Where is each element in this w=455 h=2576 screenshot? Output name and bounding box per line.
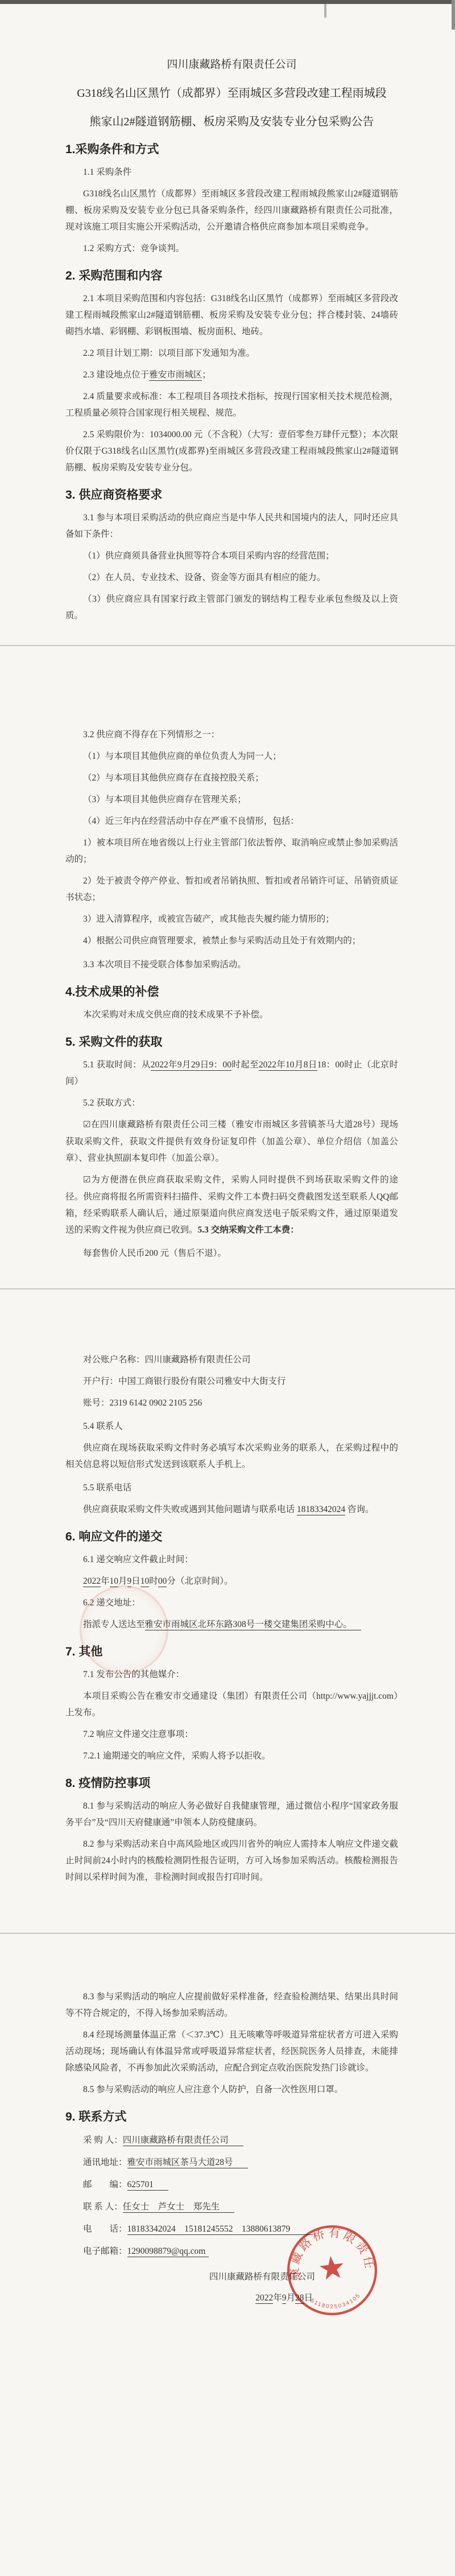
contact-person-value: 任女士 芦女士 郑先生 — [123, 2202, 235, 2213]
clause-7-1-body: 本项目采购公告在雅安市交通建设（集团）有限责任公司（http://www.yaj… — [65, 1688, 398, 1721]
delivery-address: 雅安市雨城区北环东路308号一楼交建集团采购中心。 — [145, 1620, 361, 1630]
stamp-star-icon — [318, 2254, 345, 2280]
stamp-bleed-through — [80, 1585, 168, 1674]
clause-1-1-body: G318线名山区黑竹（成都界）至雨城区多营段改建工程雨城段熊家山2#隧道钢筋棚、… — [65, 186, 398, 235]
clause-5-1-start-time: 2022年9月29日9：00 — [151, 1060, 231, 1071]
checkbox-checked-icon: ☑ — [83, 1120, 90, 1129]
stamp-company-text: 四川康藏路桥有限责任公司 — [269, 2206, 376, 2282]
stamp-graphic: 四川康藏路桥有限责任公司 5118025034105 — [278, 2216, 387, 2325]
checkbox-checked-icon: ☑ — [83, 1176, 90, 1185]
contact-zip-value: 625701 — [127, 2180, 169, 2191]
contact-address-row: 通讯地址：雅安市雨城区茶马大道28号 — [65, 2154, 398, 2171]
clause-7-2-1: 7.2.1 逾期递交的响应文件，采购人将予以拒收。 — [65, 1748, 398, 1764]
doc-company-title: 四川康藏路桥有限责任公司 — [65, 56, 398, 73]
clause-5-5-text: 供应商获取采购文件失败或遇到其他问题请与联系电话 — [83, 1505, 297, 1514]
section-4-heading: 4.技术成果的补偿 — [65, 983, 398, 1001]
clause-2-3-location: 雅安市雨城区 — [149, 370, 202, 381]
page-2: 3.2 供应商不得存在下列情形之一： （1）与本项目其他供应商的单位负责人为同一… — [0, 645, 455, 1288]
clause-5-2-option-a-text: 在四川康藏路桥有限责任公司三楼（雅安市雨城区多营镇茶马大道28号）现场获取采购文… — [65, 1120, 398, 1163]
clause-8-3: 8.3 参与采购活动的响应人应提前做好采样准备，经查验检测结果、结果出具时间等不… — [65, 1989, 398, 2022]
clause-1-2: 1.2 采购方式：竞争谈判。 — [65, 240, 398, 257]
section-2-heading: 2. 采购范围和内容 — [65, 266, 398, 285]
page-4: 8.3 参与采购活动的响应人应提前做好采样准备，经查验检测结果、结果出具时间等不… — [0, 1933, 455, 2576]
clause-5-2-option-b: ☑为方便潜在供应商获取采购文件，采购人同时提供不到场获取采购文件的途径。供应商将… — [65, 1172, 398, 1238]
clause-4-body: 本次采购对未成交供应商的技术成果不予补偿。 — [65, 1006, 398, 1023]
stamp-code-text: 5118025034105 — [309, 2291, 363, 2313]
clause-5-1-label: 5.1 获取时间：从 — [83, 1060, 151, 1070]
scan-top-edge — [0, 0, 455, 4]
clause-8-5: 8.5 参与采购活动的响应人应注意个人防护，自备一次性医用口罩。 — [65, 2081, 398, 2098]
clause-3-2: 3.2 供应商不得存在下列情形之一： — [65, 726, 398, 743]
section-6-heading: 6. 响应文件的递交 — [65, 1527, 398, 1546]
clause-8-1: 8.1 参与采购活动的响应人务必做好自我健康管理，通过微信小程序“国家政务服务平… — [65, 1798, 398, 1831]
contact-purchaser-value: 四川康藏路桥有限责任公司 — [123, 2135, 243, 2146]
signature-date-year-label: 年 — [273, 2293, 282, 2303]
section-3-heading: 3. 供应商资格要求 — [65, 486, 398, 504]
clause-2-5: 2.5 采购限价为：1034000.00 元（不含税）（大写：壹佰零叁万肆仟元整… — [65, 426, 398, 476]
clause-3-2-item-4-sub-3: 3）进入清算程序，或被宣告破产，或其他丧失履约能力情形的； — [65, 911, 398, 927]
section-5-heading: 5. 采购文件的获取 — [65, 1033, 398, 1051]
clause-3-1-item-2: （2）在人员、专业技术、设备、资金等方面具有相应的能力。 — [65, 569, 398, 586]
contact-phone-label: 电 话： — [83, 2224, 127, 2234]
clause-3-2-item-4-sub-2: 2）处于被责令停产停业、暂扣或者吊销执照、暂扣或者吊销许可证、吊销资质证书状态； — [65, 873, 398, 906]
stamp-company-arc: 四川康藏路桥有限责任公司 — [269, 2206, 376, 2282]
clause-6-1: 6.1 递交响应文件截止时间： — [65, 1551, 398, 1568]
doc-project-title: G318线名山区黑竹（成都界）至雨城区多营段改建工程雨城段 — [65, 85, 398, 102]
clause-3-2-item-3: （3）与本项目其他供应商存在管理关系； — [65, 791, 398, 808]
contact-purchaser-row: 采 购 人：四川康藏路桥有限责任公司 — [65, 2132, 398, 2148]
deadline-hour-label: 时 — [149, 1576, 158, 1586]
clause-2-3-end: ； — [202, 370, 211, 380]
clause-5-1-end-date: 2022年10月8日 — [259, 1060, 317, 1071]
page-3: 对公账户名称：四川康藏路桥有限责任公司 开户行：中国工商银行股份有限公司雅安中大… — [0, 1288, 455, 1933]
clause-3-2-item-4-sub-1: 1）被本项目所在地省级以上行业主管部门依法暂停、取消响应或禁止参加采购活动的； — [65, 835, 398, 868]
contact-address-label: 通讯地址： — [83, 2158, 127, 2167]
deadline-minute: 00 — [158, 1576, 167, 1587]
contact-person-row: 联 系 人：任女士 芦女士 郑先生 — [65, 2199, 398, 2215]
clause-3-1: 3.1 参与本项目采购活动的供应商应当是中华人民共和国境内的法人，同时还应具备如… — [65, 510, 398, 543]
clause-5-5-label: 5.5 联系电话 — [65, 1480, 398, 1496]
deadline-hour: 10 — [140, 1576, 150, 1587]
clause-2-3: 2.3 建设地点位于雅安市雨城区； — [65, 367, 398, 383]
section-1-heading: 1.采购条件和方式 — [65, 140, 398, 159]
official-red-stamp: 四川康藏路桥有限责任公司 5118025034105 — [278, 2216, 387, 2325]
deadline-day-label: 日 — [131, 1576, 140, 1586]
scanned-document: 四川康藏路桥有限责任公司 G318线名山区黑竹（成都界）至雨城区多营段改建工程雨… — [0, 0, 455, 2576]
clause-2-2: 2.2 项目计划工期：以项目部下发通知为准。 — [65, 345, 398, 361]
clause-5-5-body: 供应商获取采购文件失败或遇到其他问题请与联系电话 18183342024 咨询。 — [65, 1501, 398, 1518]
account-number-line: 账号：2319 6142 0902 2105 256 — [65, 1395, 398, 1411]
clause-3-2-item-4: （4）近三年内在经营活动中存在严重不良情形，包括： — [65, 813, 398, 829]
deadline-month-label: 月 — [118, 1576, 127, 1586]
clause-3-2-item-2: （2）与本项目其他供应商存在直接控股关系； — [65, 770, 398, 786]
clause-5-3-label: 5.3 交纳采购文件工本费： — [198, 1225, 299, 1235]
contact-email-value: 1290098879@qq.com — [127, 2246, 209, 2257]
contact-purchaser-label: 采 购 人： — [83, 2135, 123, 2145]
contact-address-value: 雅安市雨城区茶马大道28号 — [127, 2158, 248, 2168]
clause-2-1: 2.1 本项目采购范围和内容包括：G318线名山区黑竹（成都界）至雨城区多营段改… — [65, 290, 398, 340]
clause-1-1-label: 1.1 采购条件 — [65, 164, 398, 180]
clause-8-2: 8.2 参与采购活动来自中高风险地区或四川省外的响应人需持本人响应文件递交截止时… — [65, 1836, 398, 1885]
doc-announcement-title: 熊家山2#隧道钢筋棚、板房采购及安装专业分包采购公告 — [65, 113, 398, 130]
clause-5-2-option-a: ☑在四川康藏路桥有限责任公司三楼（雅安市雨城区多营镇茶马大道28号）现场获取采购… — [65, 1116, 398, 1166]
clause-2-4: 2.4 质量要求或标准：本工程项目各项技术指标，按现行国家相关技术规范检测，工程… — [65, 388, 398, 421]
signature-date-year: 2022 — [255, 2293, 273, 2304]
stamp-code-arc: 5118025034105 — [309, 2291, 363, 2313]
contact-zip-label: 邮 编： — [83, 2180, 127, 2189]
clause-3-2-item-1: （1）与本项目其他供应商的单位负责人为同一人； — [65, 748, 398, 765]
section-9-heading: 9. 联系方式 — [65, 2107, 398, 2126]
clause-5-4-label: 5.4 联系人 — [65, 1418, 398, 1435]
clause-2-3-text: 2.3 建设地点位于 — [83, 370, 149, 380]
clause-5-3-price: 每套售价人民币200 元（售后不退）。 — [65, 1245, 398, 1262]
clause-3-2-item-4-sub-4: 4）根据公司供应商管理要求，被禁止参与采购活动且处于有效期内的； — [65, 932, 398, 949]
account-name-line: 对公账户名称：四川康藏路桥有限责任公司 — [65, 1351, 398, 1368]
clause-5-2: 5.2 获取方式： — [65, 1095, 398, 1111]
deadline-year-label: 年 — [101, 1576, 110, 1586]
page-1: 四川康藏路桥有限责任公司 G318线名山区黑竹（成都界）至雨城区多营段改建工程雨… — [0, 4, 455, 645]
clause-3-1-item-3: （3）供应商应具有国家行政主管部门颁发的钢结构工程专业承包叁级及以上资质。 — [65, 591, 398, 624]
clause-8-4: 8.4 经现场测量体温正常（＜37.3℃）且无咳嗽等呼吸道异常症状者方可进入采购… — [65, 2027, 398, 2076]
deadline-year: 2022 — [83, 1576, 101, 1587]
clause-5-4-body: 供应商在现场获取采购文件时务必填写本次采购业务的联系人，在采购过程中的相关信息将… — [65, 1440, 398, 1473]
clause-5-5-end: 咨询。 — [345, 1505, 374, 1514]
contact-zip-row: 邮 编：625701 — [65, 2176, 398, 2193]
bank-line: 开户行：中国工商银行股份有限公司雅安中大街支行 — [65, 1373, 398, 1390]
contact-phone-inline: 18183342024 — [297, 1505, 345, 1515]
clause-5-1: 5.1 获取时间：从2022年9月29日9：00时起至2022年10月8日18：… — [65, 1057, 398, 1090]
clause-5-1-mid: 时起至 — [231, 1060, 259, 1070]
section-8-heading: 8. 疫情防控事项 — [65, 1774, 398, 1793]
clause-3-1-item-1: （1）供应商须具备营业执照等符合本项目采购内容的经营范围； — [65, 548, 398, 564]
contact-person-label: 联 系 人： — [83, 2202, 123, 2212]
deadline-minute-label: 分（北京时间）。 — [167, 1576, 233, 1586]
clause-7-2: 7.2 响应文件递交注意事项： — [65, 1726, 398, 1743]
contact-email-label: 电子邮箱： — [83, 2246, 127, 2256]
clause-3-3: 3.3 本次项目不接受联合体参加采购活动。 — [65, 956, 398, 973]
